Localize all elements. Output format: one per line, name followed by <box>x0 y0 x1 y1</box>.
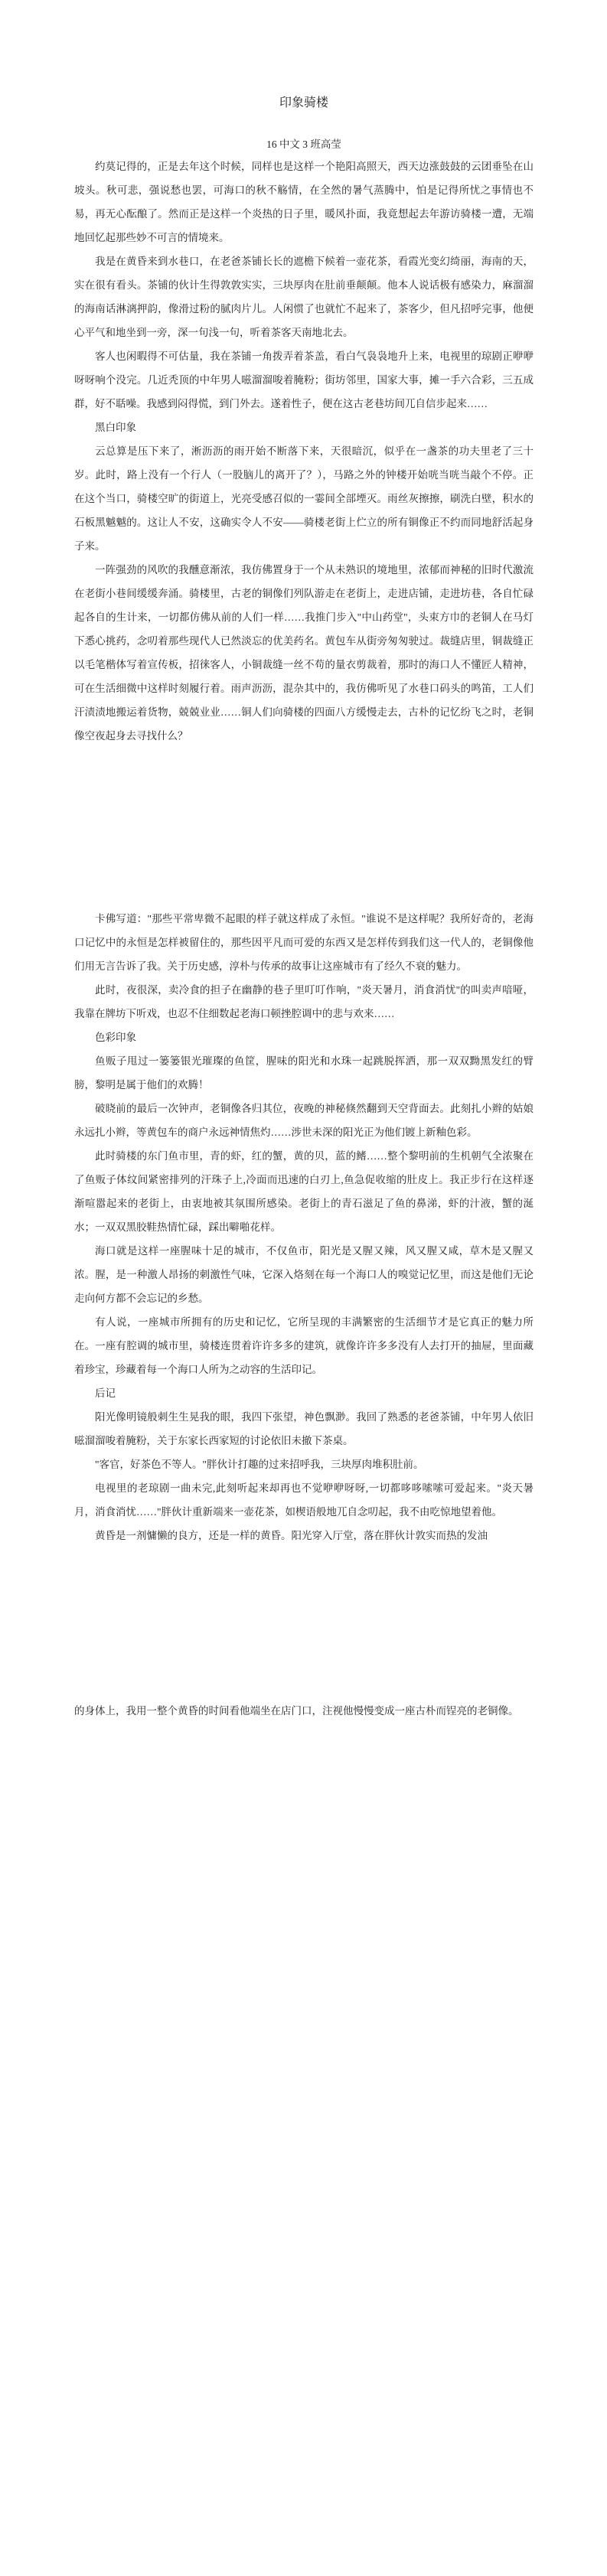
paragraph-postscript-3: 电视里的老琼剧一曲未完,此刻听起来却再也不觉咿咿呀呀,一切都哆哆嗦嗦可爱起来。"… <box>74 1476 534 1524</box>
paragraph-postscript-1: 阳光像明镜般刺生生晃我的眼，我四下张望，神色飘渺。我回了熟悉的老爸茶铺，中年男人… <box>74 1405 534 1453</box>
document-byline: 16 中文 3 班高莹 <box>74 135 534 155</box>
paragraph-postscript-4: 黄昏是一剂慵懒的良方，还是一样的黄昏。阳光穿入厅堂，落在胖伙计敦实而热的发油 <box>74 1524 534 1547</box>
paragraph-black-white-3: 卡佛写道："那些平常卑微不起眼的样子就这样成了永恒。"谁说不是这样呢？我所好奇的… <box>74 907 534 978</box>
paragraph-color-2: 破晓前的最后一次钟声，老铜像各归其位，夜晚的神秘倏然翻到天空背面去。此刻扎小辫的… <box>74 1097 534 1144</box>
section-heading-color: 色彩印象 <box>74 1026 534 1049</box>
paragraph-intro-3: 客人也闲暇得不可估量，我在茶铺一角拨弄着茶盖，看白气袅袅地升上来，电视里的琼剧正… <box>74 344 534 416</box>
paragraph-color-3: 此时骑楼的东门鱼市里，青的虾，红的蟹，黄的贝，蓝的鳍……整个黎明前的生机朝气全浓… <box>74 1144 534 1239</box>
paragraph-color-4: 海口就是这样一座腥味十足的城市，不仅鱼市，阳光是又腥又辣，风又腥又咸，草木是又腥… <box>74 1239 534 1310</box>
paragraph-black-white-1: 云总算是压下来了，淅沥沥的雨开始不断落下来，天很暗沉，似乎在一盏茶的功夫里老了三… <box>74 439 534 558</box>
paragraph-color-5: 有人说，一座城市所拥有的历史和记忆，它所呈现的丰满繁密的生活细节才是它真正的魅力… <box>74 1310 534 1381</box>
document-page: 印象骑楼 16 中文 3 班高莹 约莫记得的，正是去年这个时候，同样也是这样一个… <box>0 0 607 1753</box>
section-heading-black-white: 黑白印象 <box>74 416 534 439</box>
paragraph-color-1: 鱼贩子甩过一篓篓银光璀璨的鱼筐，腥味的阳光和水珠一起跳脱挥洒，那一双双黝黑发红的… <box>74 1049 534 1097</box>
document-title: 印象骑楼 <box>74 93 534 113</box>
page-break-gap <box>74 1547 534 1699</box>
paragraph-intro-1: 约莫记得的，正是去年这个时候，同样也是这样一个艳阳高照天，西天边涨鼓鼓的云团垂坠… <box>74 155 534 249</box>
paragraph-black-white-2: 一阵强劲的风吹的我醺意渐浓，我仿佛置身于一个从未熟识的境地里，浓郁而神秘的旧时代… <box>74 558 534 748</box>
paragraph-intro-2: 我是在黄昏来到水巷口，在老爸茶铺长长的遮檐下候着一壶花茶，看霞光变幻绮丽，海南的… <box>74 249 534 344</box>
page-break-gap <box>74 748 534 907</box>
paragraph-postscript-2: "客官，好茶色不等人。"胖伙计打趣的过来招呼我，三块厚肉堆积肚前。 <box>74 1453 534 1476</box>
section-heading-postscript: 后记 <box>74 1381 534 1405</box>
paragraph-postscript-4-continuation: 的身体上，我用一整个黄昏的时间看他端坐在店门口，注视他慢慢变成一座古朴而锃亮的老… <box>74 1699 534 1723</box>
paragraph-black-white-4: 此时，夜很深，卖冷食的担子在幽静的巷子里叮叮作响，"炎天暑月，消食消忧"的叫卖声… <box>74 978 534 1026</box>
